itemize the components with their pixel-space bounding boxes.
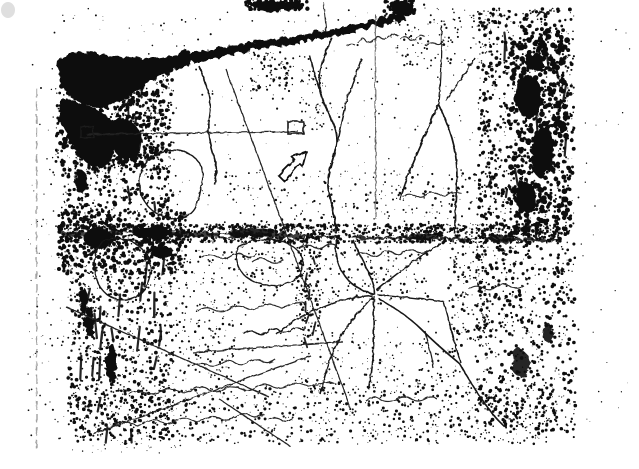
ink-clump-bottom-right-2 — [540, 322, 552, 340]
ink-clump-right-4 — [523, 52, 543, 68]
ink-clump-band-right2 — [487, 233, 513, 241]
map-svg — [0, 0, 639, 469]
ink-clump-left-5 — [102, 74, 130, 94]
ink-clump-band-left2 — [130, 225, 170, 237]
ink-clump-band-mid — [226, 226, 274, 236]
ink-clump-right-3 — [514, 181, 534, 211]
fold-line-vertical-centre — [375, 14, 376, 218]
ink-clump-left-3 — [78, 286, 86, 312]
ink-clump-bottom-right-1 — [510, 349, 528, 375]
scanned-map-page — [0, 0, 639, 469]
ink-clump-left-4 — [73, 168, 85, 192]
ink-clump-left-2 — [105, 342, 115, 382]
corner-smudge — [1, 2, 15, 18]
ink-clump-band-right — [404, 231, 436, 239]
ink-clump-band-left — [81, 226, 111, 246]
ink-clump-mid — [148, 244, 172, 256]
